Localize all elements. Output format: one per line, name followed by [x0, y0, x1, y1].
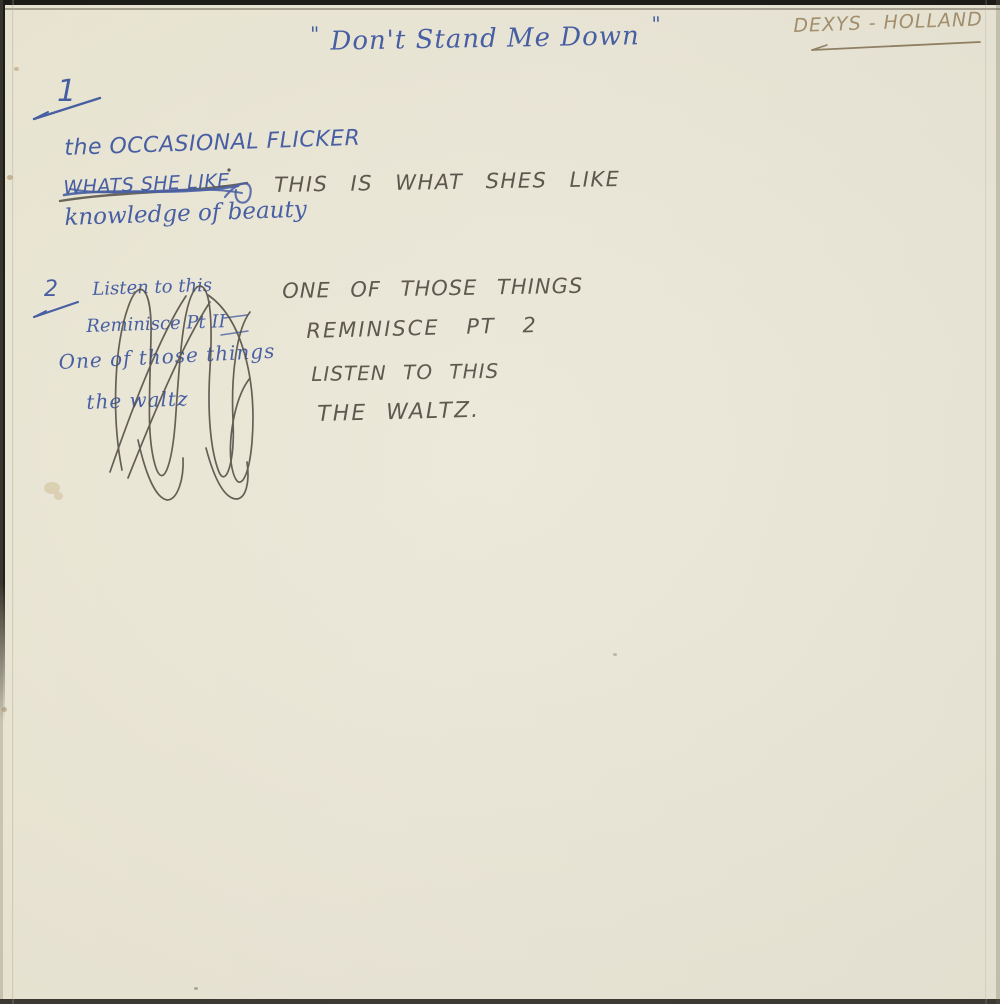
paper-speck	[194, 987, 198, 990]
side-two-underline-stroke	[34, 302, 78, 317]
corner-underline-stroke	[812, 42, 980, 50]
final-track-the-waltz: THE WALTZ.	[317, 398, 480, 427]
paper-speck	[613, 653, 617, 656]
record-sleeve-paper: "Don't Stand Me Down" DEXYS - HOLLAND 1 …	[0, 0, 1000, 1004]
draft-track-one-of-those-things: One of those things	[58, 339, 276, 374]
sleeve-edge-shadow	[0, 8, 1000, 10]
album-title-text: Don't Stand Me Down	[330, 21, 640, 56]
foxing-spot	[14, 67, 19, 71]
album-title: "Don't Stand Me Down"	[310, 21, 662, 57]
final-track-reminisce-pt-2: REMINISCE PT 2	[306, 313, 538, 343]
draft-track-reminisce-pt-2: Reminisce Pt II	[86, 311, 226, 337]
scanned-sleeve-photo: "Don't Stand Me Down" DEXYS - HOLLAND 1 …	[0, 0, 1000, 1004]
roman-numeral-overline	[224, 315, 247, 318]
track-this-is-what-shes-like: THIS IS WHAT SHES LIKE	[274, 167, 621, 197]
foxing-blotch	[54, 492, 63, 500]
side-two-number: 2	[44, 277, 58, 302]
fold-crease-left	[12, 0, 14, 1004]
corner-annotation: DEXYS - HOLLAND	[793, 8, 983, 37]
scan-edge-top	[0, 0, 1000, 5]
draft-track-the-waltz: the waltz	[86, 386, 189, 414]
sleeve-edge-left	[0, 0, 3, 1004]
final-track-one-of-those-things: ONE OF THOSE THINGS	[282, 274, 583, 303]
side-one-number: 1	[57, 74, 76, 109]
fold-crease-right	[985, 0, 987, 1004]
track-occasional-flicker: the OCCASIONAL FLICKER	[64, 126, 361, 161]
draft-track-listen-to-this: Listen to this	[92, 275, 212, 300]
track-knowledge-of-beauty: knowledge of beauty	[64, 197, 307, 231]
open-quote-mark: "	[310, 22, 321, 46]
crossed-out-track-title: WHATS SHE LIKE	[63, 170, 230, 199]
side-one-underline-barb	[34, 112, 48, 119]
final-track-listen-to-this: LISTEN TO THIS	[311, 359, 499, 386]
side-two-underline-barb	[34, 311, 46, 317]
close-quote-mark: "	[651, 12, 662, 36]
scan-edge-bottom	[0, 999, 1000, 1004]
sleeve-edge-right	[996, 0, 1000, 1004]
corner-underline-barb	[812, 45, 827, 50]
